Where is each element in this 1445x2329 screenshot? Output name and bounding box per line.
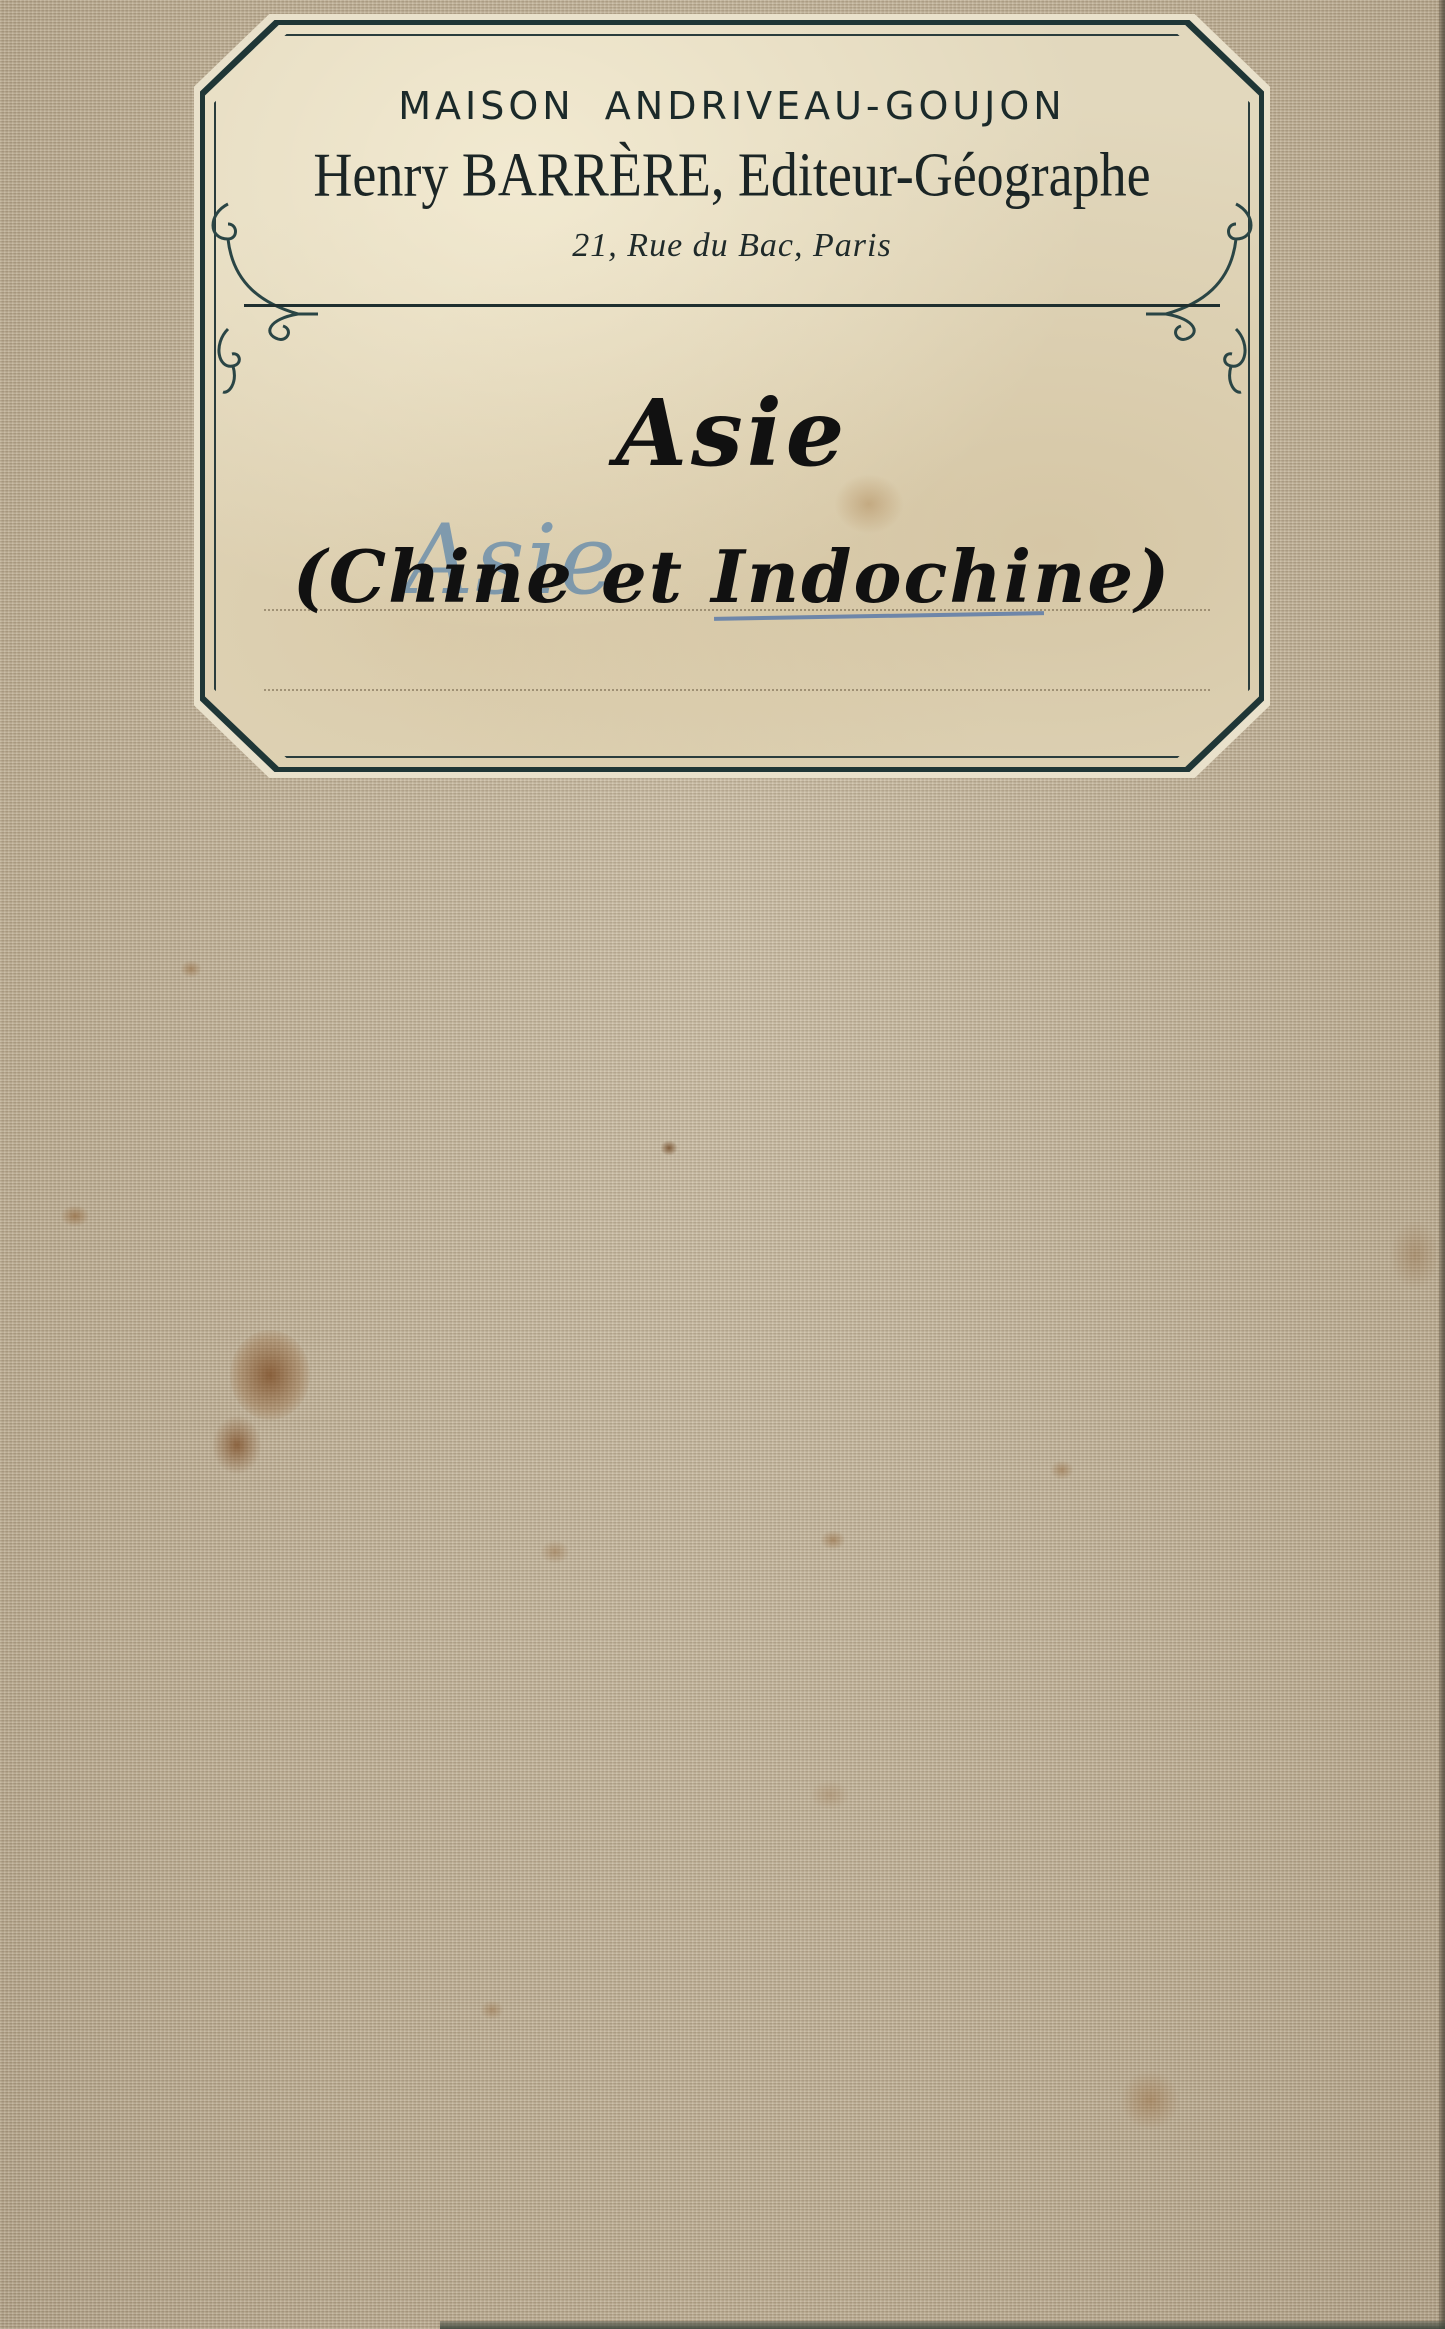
cover-bottom-edge — [440, 2321, 1445, 2329]
stain — [1050, 1460, 1074, 1480]
stain — [1390, 1220, 1440, 1290]
stain — [540, 1540, 570, 1564]
handwritten-title: Asie — [194, 379, 1270, 487]
stain — [60, 1205, 90, 1227]
right-flourish-icon — [1146, 194, 1256, 394]
stain — [1120, 2070, 1180, 2130]
stain — [660, 1140, 678, 1156]
publisher-address: 21, Rue du Bac, Paris — [194, 227, 1270, 265]
publisher-label: MAISON ANDRIVEAU-GOUJON Henry BARRÈRE, E… — [194, 14, 1270, 778]
publishing-house-name: MAISON ANDRIVEAU-GOUJON — [194, 84, 1270, 128]
handwritten-subtitle: (Chine et Indochine) — [254, 534, 1210, 619]
publisher-name: Henry BARRÈRE, Editeur-Géographe — [194, 139, 1270, 210]
cover-right-edge — [1439, 0, 1445, 2329]
stain — [230, 1330, 310, 1420]
stain — [820, 1530, 846, 1550]
label-divider — [244, 304, 1220, 307]
writing-line — [264, 689, 1210, 691]
left-flourish-icon — [208, 194, 318, 394]
stain — [212, 1415, 262, 1475]
cloth-map-cover: MAISON ANDRIVEAU-GOUJON Henry BARRÈRE, E… — [0, 0, 1445, 2329]
stain — [810, 1780, 850, 1810]
stain — [180, 960, 202, 978]
stain — [480, 2000, 504, 2020]
